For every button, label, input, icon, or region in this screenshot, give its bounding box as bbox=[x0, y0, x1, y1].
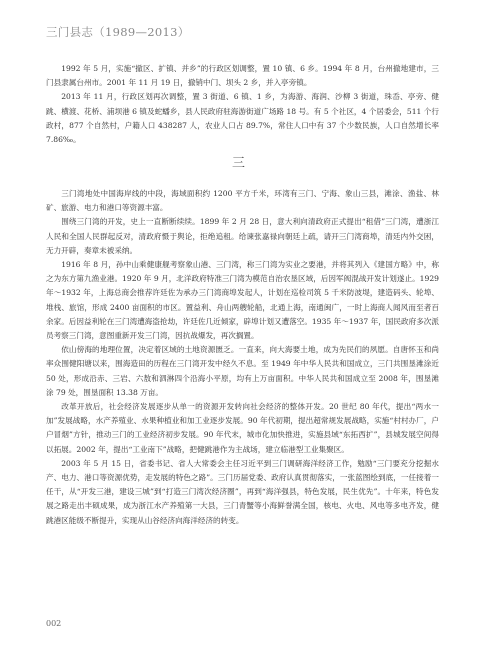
paragraph: 围绕三门湾的开发，史上一直断断续续。1899 年 2 月 28 日，意大利向清政… bbox=[46, 215, 439, 258]
paragraph: 依山傍海的地理位置，决定着区域的土地资源匮乏。一直来，向大海要土地，成为先民们的… bbox=[46, 343, 439, 400]
paragraph: 2013 年 11 月，行政区划再次调整，置 3 街道、6 镇、1 乡，为海游、… bbox=[46, 90, 439, 147]
paragraph: 1992 年 5 月，实施“撤区、扩镇、并乡”的行政区划调整，置 10 镇、6 … bbox=[46, 62, 439, 90]
paragraph: 1916 年 8 月，孙中山乘健康舰考察象山港、三门湾，称三门湾为实业之要港，并… bbox=[46, 258, 439, 343]
section-number-heading: 三 bbox=[232, 152, 245, 171]
paragraph: 2003 年 5 月 15 日，省委书记、省人大常委会主任习近平到三门调研海洋经… bbox=[46, 457, 439, 528]
page-number: 002 bbox=[46, 619, 61, 628]
running-header-title: 三门县志（1989—2013） bbox=[46, 24, 190, 40]
text-block-administrative-divisions: 1992 年 5 月，实施“撤区、扩镇、并乡”的行政区划调整，置 10 镇、6 … bbox=[46, 62, 439, 147]
paragraph: 三门湾地处中国海岸线的中段，海域面积约 1200 平方千米，环湾有三门、宁海、象… bbox=[46, 187, 439, 215]
paragraph: 改革开放后，社会经济发展逐步从单一的资源开发转向社会经济的整体开发。20 世纪 … bbox=[46, 400, 439, 457]
text-block-sanmen-bay-development: 三门湾地处中国海岸线的中段，海域面积约 1200 平方千米，环湾有三门、宁海、象… bbox=[46, 187, 439, 528]
